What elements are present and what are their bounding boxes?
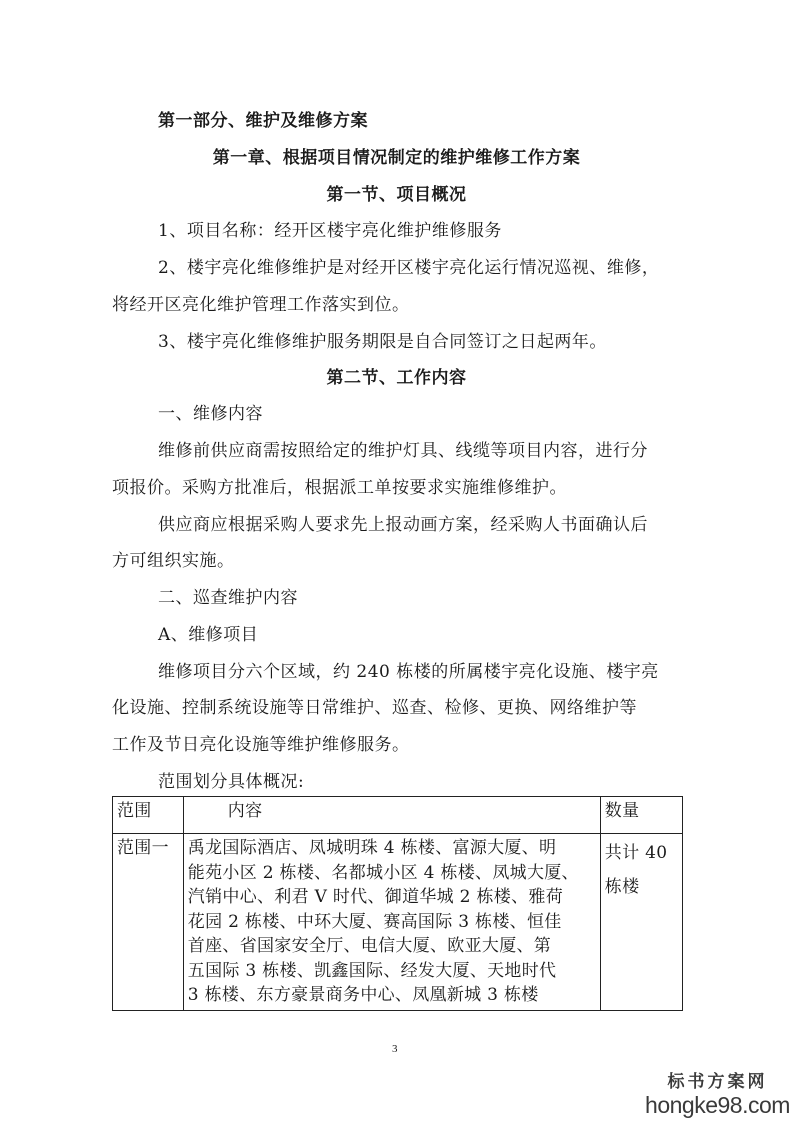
row-quantity: 共计 40 栋楼 (600, 834, 682, 1011)
header-scope: 范围 (113, 797, 184, 834)
section1-item2-line2: 将经开区亮化维护管理工作落实到位。 (112, 294, 410, 316)
quantity-line: 共计 40 (605, 836, 678, 870)
watermark-en: hongke98.com (645, 1092, 790, 1118)
watermark: 标书方案网 hongke98.com (645, 1072, 790, 1118)
chapter-title: 第一章、根据项目情况制定的维护维修工作方案 (0, 147, 793, 169)
section1-item2-line1: 2、楼宇亮化维修维护是对经开区楼宇亮化运行情况巡视、维修， (158, 257, 659, 279)
content-line: 五国际 3 栋楼、凯鑫国际、经发大厦、天地时代 (188, 959, 596, 984)
section1-item1: 1、项目名称：经开区楼宇亮化维护维修服务 (158, 220, 502, 242)
page-number: 3 (392, 1043, 398, 1055)
content-line: 汽销中心、利君 V 时代、御道华城 2 栋楼、雅荷 (188, 885, 596, 910)
sub2-title: 二、巡查维护内容 (158, 587, 298, 609)
header-content: 内容 (183, 797, 600, 834)
content-line: 花园 2 栋楼、中环大厦、赛高国际 3 栋楼、恒佳 (188, 910, 596, 935)
document-page: 第一部分、维护及维修方案 第一章、根据项目情况制定的维护维修工作方案 第一节、项… (0, 0, 793, 1122)
content-line: 3 栋楼、东方豪景商务中心、凤凰新城 3 栋楼 (188, 983, 596, 1008)
part-title: 第一部分、维护及维修方案 (158, 110, 368, 132)
content-line: 能苑小区 2 栋楼、名都城小区 4 栋楼、凤城大厦、 (188, 861, 596, 886)
sub2-p1-line3: 工作及节日亮化设施等维护维修服务。 (112, 734, 410, 756)
sub1-title: 一、维修内容 (158, 403, 263, 425)
sub1-p2-line1: 供应商应根据采购人要求先上报动画方案，经采购人书面确认后 (158, 514, 648, 536)
section1-item3: 3、楼宇亮化维修维护服务期限是自合同签订之日起两年。 (158, 331, 607, 353)
table-row: 范围一 禹龙国际酒店、凤城明珠 4 栋楼、富源大厦、明 能苑小区 2 栋楼、名都… (113, 834, 683, 1011)
header-quantity: 数量 (600, 797, 682, 834)
sub2-p1-line2: 化设施、控制系统设施等日常维护、巡查、检修、更换、网络维护等 (112, 697, 637, 719)
content-line: 禹龙国际酒店、凤城明珠 4 栋楼、富源大厦、明 (188, 836, 596, 861)
sub1-p1-line2: 项报价。采购方批准后，根据派工单按要求实施维修维护。 (112, 477, 567, 499)
table-header-row: 范围 内容 数量 (113, 797, 683, 834)
sub1-p1-line1: 维修前供应商需按照给定的维护灯具、线缆等项目内容，进行分 (158, 440, 648, 462)
content-line: 首座、省国家安全厅、电信大厦、欧亚大厦、第 (188, 934, 596, 959)
section1-title: 第一节、项目概况 (0, 184, 793, 206)
watermark-cn: 标书方案网 (645, 1072, 790, 1092)
sub2-p1-line1: 维修项目分六个区域，约 240 栋楼的所属楼宇亮化设施、楼宇亮 (158, 661, 659, 683)
row-content: 禹龙国际酒店、凤城明珠 4 栋楼、富源大厦、明 能苑小区 2 栋楼、名都城小区 … (183, 834, 600, 1011)
scope-intro: 范围划分具体概况: (158, 771, 304, 793)
scope-table: 范围 内容 数量 范围一 禹龙国际酒店、凤城明珠 4 栋楼、富源大厦、明 能苑小… (112, 796, 683, 1011)
quantity-line: 栋楼 (605, 870, 678, 904)
sub2-a-title: A、维修项目 (158, 624, 258, 646)
row-scope: 范围一 (113, 834, 184, 1011)
sub1-p2-line2: 方可组织实施。 (112, 550, 235, 572)
section2-title: 第二节、工作内容 (0, 367, 793, 389)
